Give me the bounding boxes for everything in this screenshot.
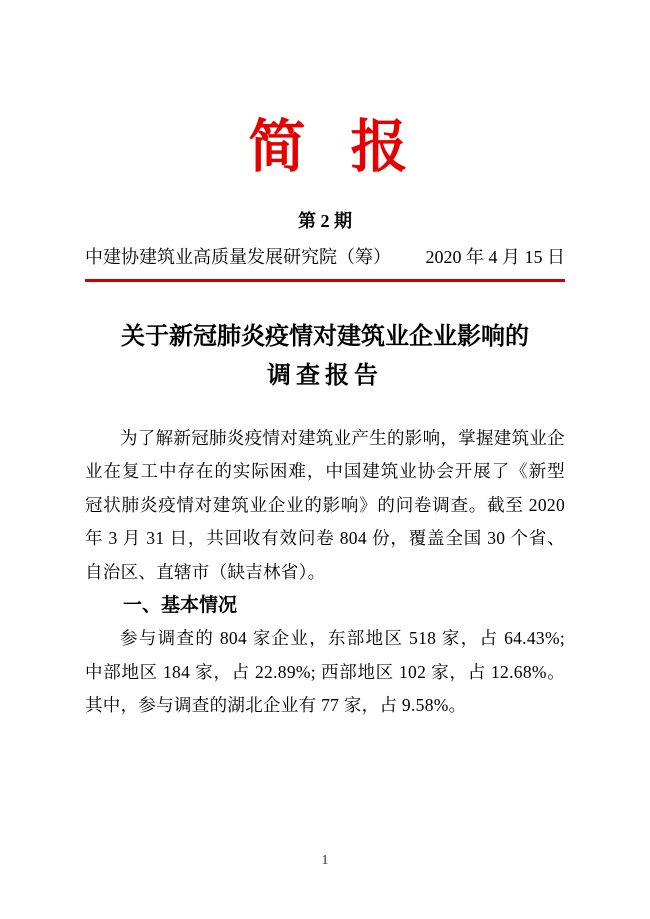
section-heading-basic-info: 一、基本情况	[85, 589, 565, 622]
institution-name: 中建协建筑业高质量发展研究院（筹）	[85, 246, 391, 269]
basic-info-paragraph: 参与调查的 804 家企业，东部地区 518 家，占 64.43%; 中部地区 …	[85, 622, 565, 722]
report-title: 关于新冠肺炎疫情对建筑业企业影响的 调查报告	[85, 318, 565, 396]
issue-number: 第 2 期	[85, 210, 565, 232]
red-divider-line	[85, 279, 565, 282]
publication-date: 2020 年 4 月 15 日	[426, 246, 566, 269]
header-row: 中建协建筑业高质量发展研究院（筹） 2020 年 4 月 15 日	[85, 246, 565, 269]
report-title-line-2: 调查报告	[85, 357, 565, 396]
page-number: 1	[0, 853, 650, 869]
briefing-document-page: 简 报 第 2 期 中建协建筑业高质量发展研究院（筹） 2020 年 4 月 1…	[0, 0, 650, 919]
intro-paragraph: 为了解新冠肺炎疫情对建筑业产生的影响，掌握建筑业企业在复工中存在的实际困难，中国…	[85, 422, 565, 589]
report-title-line-1: 关于新冠肺炎疫情对建筑业企业影响的	[85, 318, 565, 357]
masthead-title: 简 报	[85, 0, 565, 178]
